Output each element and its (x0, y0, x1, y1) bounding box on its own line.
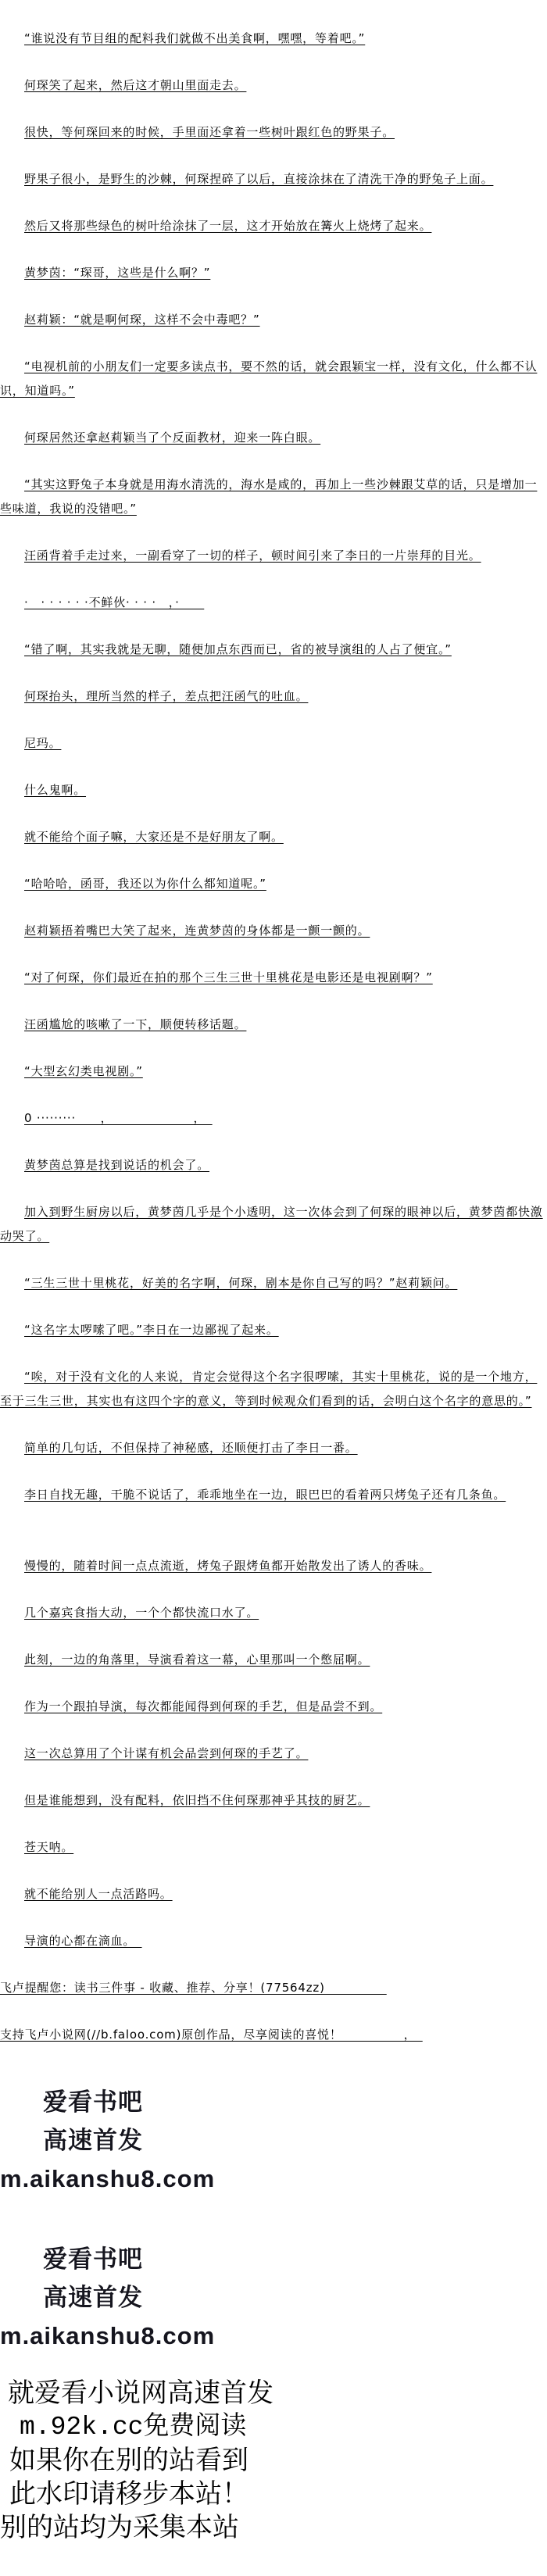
promo-block: 爱看书吧高速首发m.aikanshu8.com (0, 2083, 547, 2198)
novel-paragraph: 李日自找无趣，干脆不说话了，乖乖地坐在一边，眼巴巴的看着两只烤兔子还有几条鱼。 (0, 1483, 545, 1507)
novel-paragraph: 何琛抬头，理所当然的样子，差点把汪函气的吐血。 (0, 684, 545, 709)
novel-paragraph: “唉，对于没有文化的人来说，肯定会觉得这个名字很啰嗦，其实十里桃花，说的是一个地… (0, 1365, 545, 1413)
novel-paragraph: “谁说没有节目组的配料我们就做不出美食啊，嘿嘿，等着吧。” (0, 27, 545, 51)
novel-reader-page: “谁说没有节目组的配料我们就做不出美食啊，嘿嘿，等着吧。”何琛笑了起来，然后这才… (0, 0, 547, 2576)
novel-paragraph: 黄梦茵：“琛哥，这些是什么啊？” (0, 261, 545, 285)
promo-site-url: m.aikanshu8.com (0, 2160, 547, 2198)
novel-paragraph: 但是谁能想到，没有配料，依旧挡不住何琛那神乎其技的厨艺。 (0, 1788, 545, 1813)
novel-body: “谁说没有节目组的配料我们就做不出美食啊，嘿嘿，等着吧。”何琛笑了起来，然后这才… (0, 0, 547, 2047)
novel-paragraph: “哈哈哈，函哥，我还以为你什么都知道呢。” (0, 872, 545, 896)
novel-paragraph: “电视机前的小朋友们一定要多读点书，要不然的话，就会跟颖宝一样，没有文化，什么都… (0, 355, 545, 403)
promo-site-name: 爱看书吧 (0, 2240, 547, 2278)
novel-paragraph: 支持飞卢小说网(//b.faloo.com)原创作品，尽享阅读的喜悦！ ， (0, 2023, 545, 2047)
novel-paragraph: · · · · · · ·不鲜伙· · · · ，· (0, 591, 545, 615)
novel-paragraph: 简单的几句话，不但保持了神秘感，还顺便打击了李日一番。 (0, 1436, 545, 1460)
promo-site-url: m.aikanshu8.com (0, 2317, 547, 2355)
promo-blocks-container: 爱看书吧高速首发m.aikanshu8.com爱看书吧高速首发m.aikansh… (0, 2083, 547, 2355)
novel-paragraph: 作为一个跟拍导演，每次都能闻得到何琛的手艺，但是品尝不到。 (0, 1695, 545, 1719)
promo-tagline: 高速首发 (0, 2121, 547, 2160)
promo-site-name: 爱看书吧 (0, 2083, 547, 2121)
novel-paragraph: 何琛笑了起来，然后这才朝山里面走去。 (0, 73, 545, 98)
novel-paragraph: 就不能给别人一点活路吗。 (0, 1882, 545, 1906)
novel-paragraph: “三生三世十里桃花，好美的名字啊，何琛，剧本是你自己写的吗？”赵莉颖问。 (0, 1271, 545, 1295)
novel-paragraph: 什么鬼啊。 (0, 778, 545, 802)
novel-paragraph: 就不能给个面子嘛，大家还是不是好朋友了啊。 (0, 825, 545, 849)
novel-paragraph: “错了啊，其实我就是无聊，随便加点东西而已，省的被导演组的人占了便宜。” (0, 638, 545, 662)
novel-paragraph: 飞卢提醒您：读书三件事 - 收藏、推荐、分享！(77564zz) (0, 1976, 545, 2000)
novel-paragraph: 慢慢的，随着时间一点点流逝，烤兔子跟烤鱼都开始散发出了诱人的香味。 (0, 1554, 545, 1578)
novel-paragraph: 加入到野生厨房以后，黄梦茵几乎是个小透明，这一次体会到了何琛的眼神以后，黄梦茵都… (0, 1200, 545, 1249)
novel-paragraph: “其实这野兔子本身就是用海水清洗的，海水是咸的，再加上一些沙棘跟艾草的话，只是增… (0, 473, 545, 521)
novel-paragraph: 尼玛。 (0, 731, 545, 756)
novel-paragraph: “这名字太啰嗦了吧。”李日在一边鄙视了起来。 (0, 1318, 545, 1342)
novel-paragraph: 何琛居然还拿赵莉颖当了个反面教材，迎来一阵白眼。 (0, 426, 545, 450)
watermark-line: 此水印请移步本站！ (0, 2478, 547, 2511)
novel-paragraph: 汪函尴尬的咳嗽了一下，顺便转移话题。 (0, 1013, 545, 1037)
novel-paragraph: 赵莉颖：“就是啊何琛，这样不会中毒吧？” (0, 308, 545, 332)
promo-block: 爱看书吧高速首发m.aikanshu8.com (0, 2240, 547, 2355)
novel-paragraph: 此刻，一边的角落里，导演看着这一幕，心里那叫一个憋屈啊。 (0, 1648, 545, 1672)
novel-paragraph: 黄梦茵总算是找到说话的机会了。 (0, 1153, 545, 1177)
novel-paragraph: “对了何琛，你们最近在拍的那个三生三世十里桃花是电影还是电视剧啊？” (0, 966, 545, 990)
watermark-line: 如果你在别的站看到 (0, 2444, 547, 2478)
novel-paragraph: 很快，等何琛回来的时候，手里面还拿着一些树叶跟红色的野果子。 (0, 120, 545, 145)
novel-paragraph: 0 ········· ， ， (0, 1106, 545, 1131)
watermark-line: 别的站均为采集本站 (0, 2511, 547, 2545)
novel-paragraph: 然后又将那些绿色的树叶给涂抹了一层，这才开始放在篝火上烧烤了起来。 (0, 214, 545, 238)
novel-paragraph: 野果子很小，是野生的沙棘，何琛捏碎了以后，直接涂抹在了清洗干净的野兔子上面。 (0, 167, 545, 191)
novel-paragraph: 导演的心都在滴血。 (0, 1929, 545, 1953)
novel-paragraph: 汪函背着手走过来，一副看穿了一切的样子，顿时间引来了李日的一片崇拜的目光。 (0, 544, 545, 568)
novel-paragraph: 苍天呐。 (0, 1835, 545, 1860)
novel-paragraph: “大型玄幻类电视剧。” (0, 1059, 545, 1084)
watermark-block: 就爱看小说网高速首发m.92k.cc免费阅读如果你在别的站看到此水印请移步本站！… (0, 2377, 547, 2545)
novel-paragraph: 几个嘉宾食指大动，一个个都快流口水了。 (0, 1601, 545, 1625)
promo-tagline: 高速首发 (0, 2278, 547, 2317)
novel-paragraph: 这一次总算用了个计谋有机会品尝到何琛的手艺了。 (0, 1742, 545, 1766)
novel-paragraph: 赵莉颖捂着嘴巴大笑了起来，连黄梦茵的身体都是一颤一颤的。 (0, 919, 545, 943)
watermark-line: m.92k.cc免费阅读 (0, 2410, 547, 2444)
watermark-line: 就爱看小说网高速首发 (0, 2377, 547, 2410)
